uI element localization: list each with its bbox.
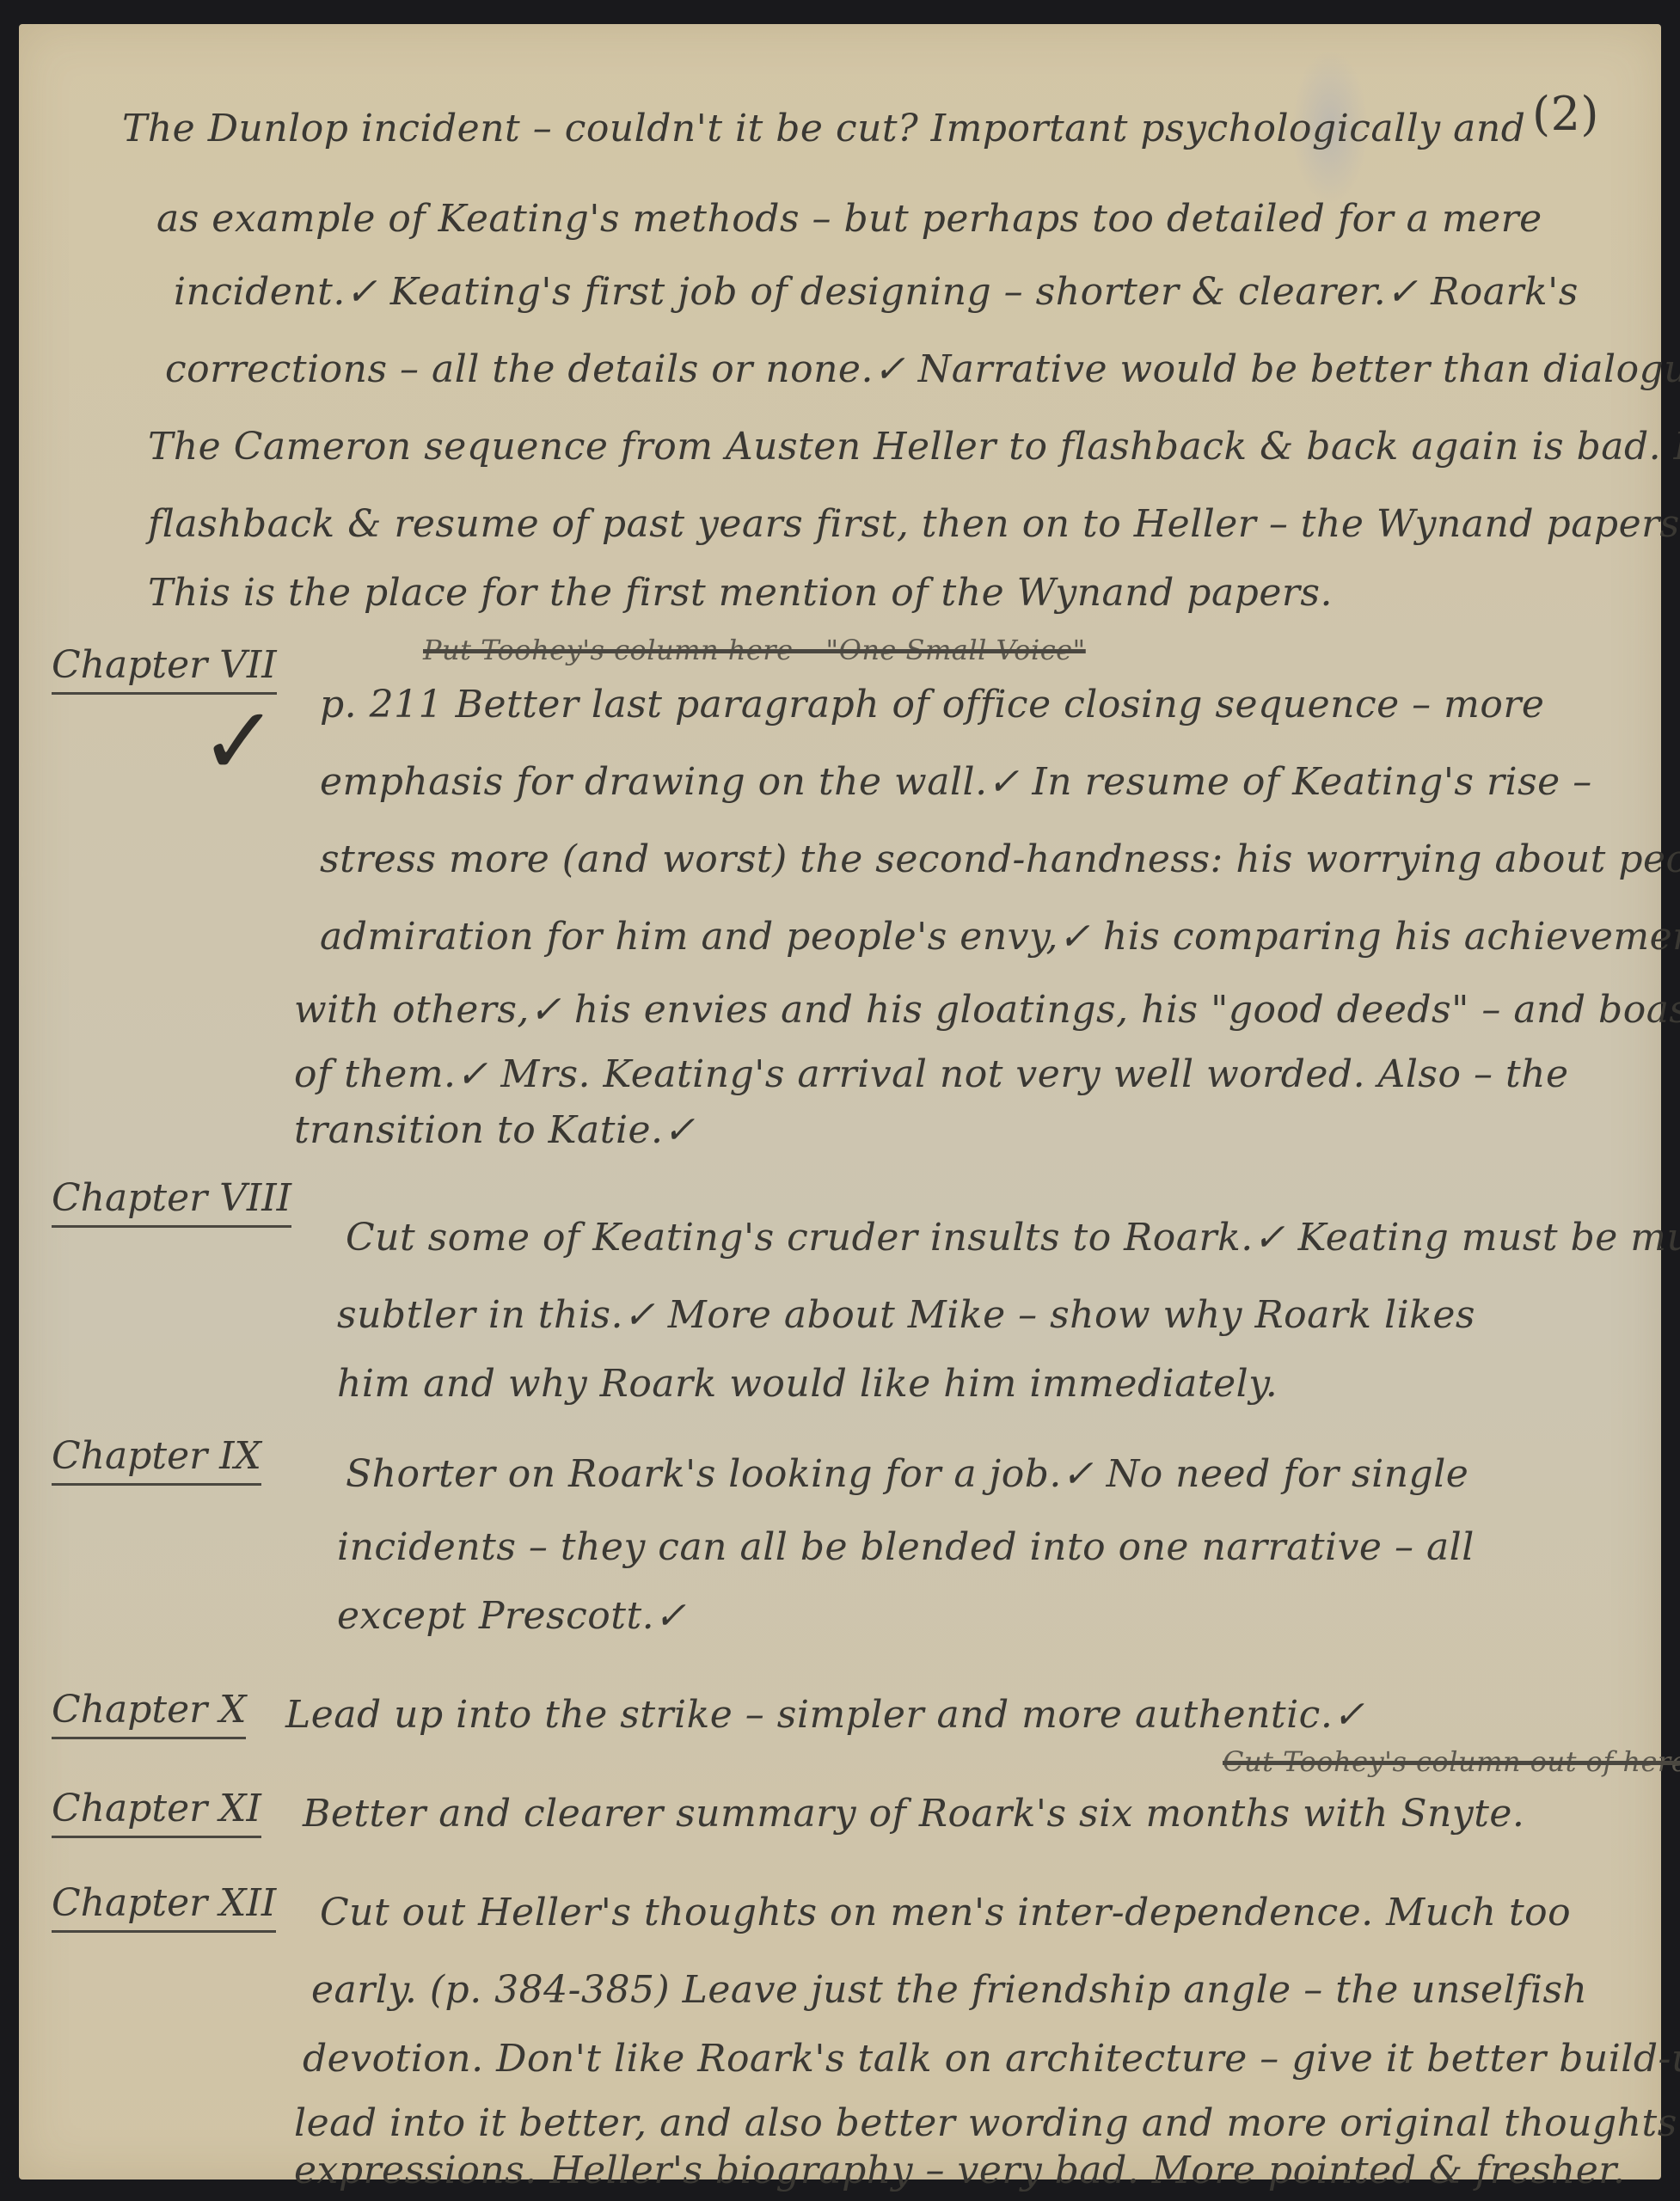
ch9-line-1: Shorter on Roark's looking for a job.✓ N… — [346, 1456, 1468, 1493]
ch12-line-4: lead into it better, and also better wor… — [294, 2105, 1680, 2143]
ch7-line-5: with others,✓ his envies and his gloatin… — [294, 991, 1680, 1029]
struck-note: Put Toohey's column here – "One Small Vo… — [423, 636, 1086, 664]
intro-line-3: incident.✓ Keating's first job of design… — [174, 273, 1579, 311]
intro-line-7: This is the place for the first mention … — [148, 574, 1333, 612]
ch7-line-6: of them.✓ Mrs. Keating's arrival not ver… — [294, 1056, 1569, 1094]
chapter-label-xi: Chapter XI — [52, 1787, 261, 1838]
chapter-label-ix: Chapter IX — [52, 1434, 261, 1486]
ch7-line-4: admiration for him and people's envy,✓ h… — [320, 918, 1680, 956]
intro-line-5: The Cameron sequence from Austen Heller … — [148, 428, 1680, 466]
intro-line-4: corrections – all the details or none.✓ … — [165, 351, 1680, 389]
ch12-line-5: expressions. Heller's biography – very b… — [294, 2152, 1626, 2190]
ch12-line-3: devotion. Don't like Roark's talk on arc… — [303, 2040, 1680, 2078]
intro-line-6: flashback & resume of past years first, … — [148, 506, 1680, 543]
chapter-label-xii: Chapter XII — [52, 1881, 276, 1933]
ch10-line-1: Lead up into the strike – simpler and mo… — [285, 1696, 1365, 1734]
page-number: (2) — [1532, 91, 1599, 138]
chapter-label-viii: Chapter VIII — [52, 1176, 291, 1228]
ch12-line-2: early. (p. 384-385) Leave just the frien… — [311, 1971, 1587, 2009]
ch12-line-1: Cut out Heller's thoughts on men's inter… — [320, 1894, 1571, 1932]
intro-line-2: as example of Keating's methods – but pe… — [156, 200, 1542, 238]
ch8-line-2: subtler in this.✓ More about Mike – show… — [337, 1297, 1475, 1334]
check-mark-icon: ✓ — [199, 686, 279, 796]
ch7-line-7: transition to Katie.✓ — [294, 1112, 696, 1150]
ch8-line-3: him and why Roark would like him immedia… — [337, 1365, 1278, 1403]
ch9-line-3: except Prescott.✓ — [337, 1597, 686, 1635]
ch7-line-1: p. 211 Better last paragraph of office c… — [320, 686, 1544, 724]
ch9-line-2: incidents – they can all be blended into… — [337, 1529, 1475, 1566]
ch7-line-3: stress more (and worst) the second-handn… — [320, 841, 1680, 879]
ch10-struck-note: Cut Toohey's column out of here – to Cha… — [1223, 1748, 1680, 1775]
manuscript-page: (2) The Dunlop incident – couldn't it be… — [19, 24, 1661, 2180]
ch7-line-2: emphasis for drawing on the wall.✓ In re… — [320, 763, 1592, 801]
chapter-label-x: Chapter X — [52, 1688, 246, 1739]
intro-line-1: The Dunlop incident – couldn't it be cut… — [122, 110, 1525, 148]
ch11-line-1: Better and clearer summary of Roark's si… — [303, 1795, 1524, 1833]
ch8-line-1: Cut some of Keating's cruder insults to … — [346, 1219, 1680, 1257]
